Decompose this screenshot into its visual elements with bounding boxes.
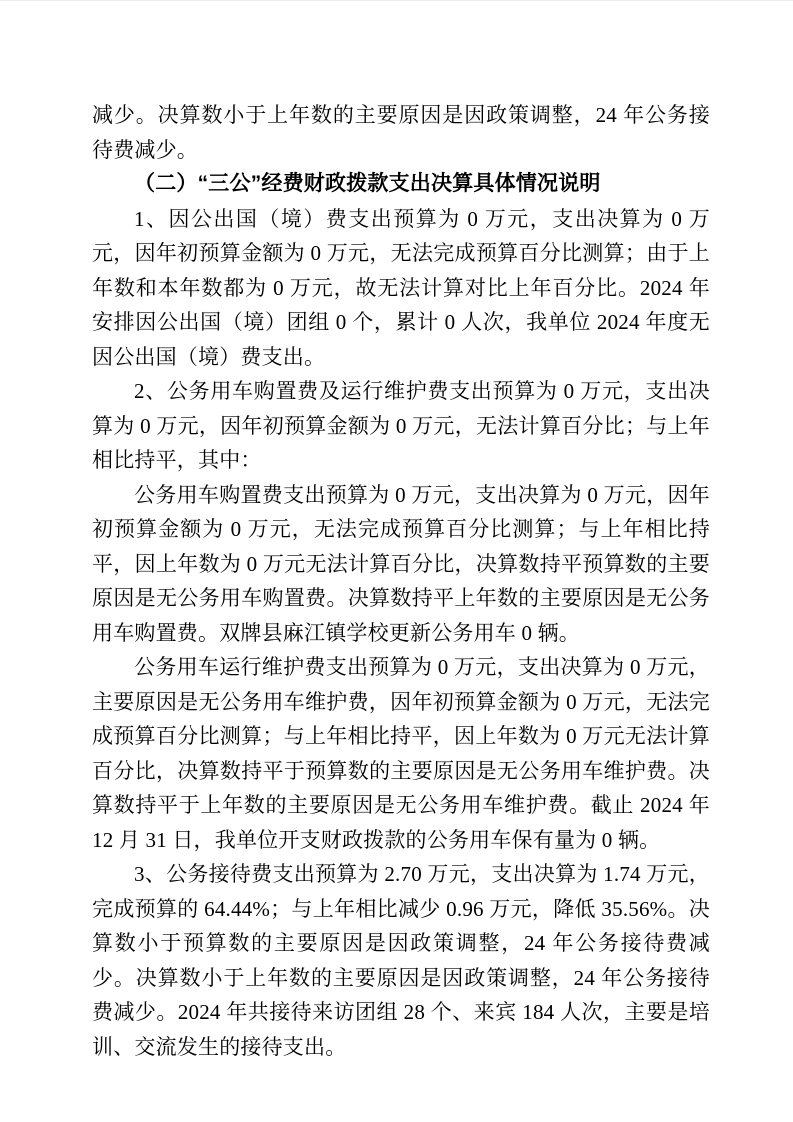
- paragraph-outbound-travel-expense: 1、因公出国（境）费支出预算为 0 万元，支出决算为 0 万元，因年初预算金额为…: [92, 202, 710, 375]
- document-content: 减少。决算数小于上年数的主要原因是因政策调整，24 年公务接待费减少。 （二）“…: [92, 98, 710, 1064]
- paragraph-official-reception-expense: 3、公务接待费支出预算为 2.70 万元，支出决算为 1.74 万元，完成预算的…: [92, 857, 710, 1064]
- section-heading-three-public-expenses: （二）“三公”经费财政拨款支出决算具体情况说明: [92, 167, 710, 202]
- paragraph-vehicle-purchase-expense: 公务用车购置费支出预算为 0 万元，支出决算为 0 万元，因年初预算金额为 0 …: [92, 478, 710, 651]
- paragraph-official-vehicle-total: 2、公务用车购置费及运行维护费支出预算为 0 万元，支出决算为 0 万元，因年初…: [92, 374, 710, 478]
- paragraph-vehicle-maintenance-expense: 公务用车运行维护费支出预算为 0 万元，支出决算为 0 万元，主要原因是无公务用…: [92, 650, 710, 857]
- paragraph-previous-page-continuation: 减少。决算数小于上年数的主要原因是因政策调整，24 年公务接待费减少。: [92, 98, 710, 167]
- document-page: 减少。决算数小于上年数的主要原因是因政策调整，24 年公务接待费减少。 （二）“…: [0, 0, 793, 1122]
